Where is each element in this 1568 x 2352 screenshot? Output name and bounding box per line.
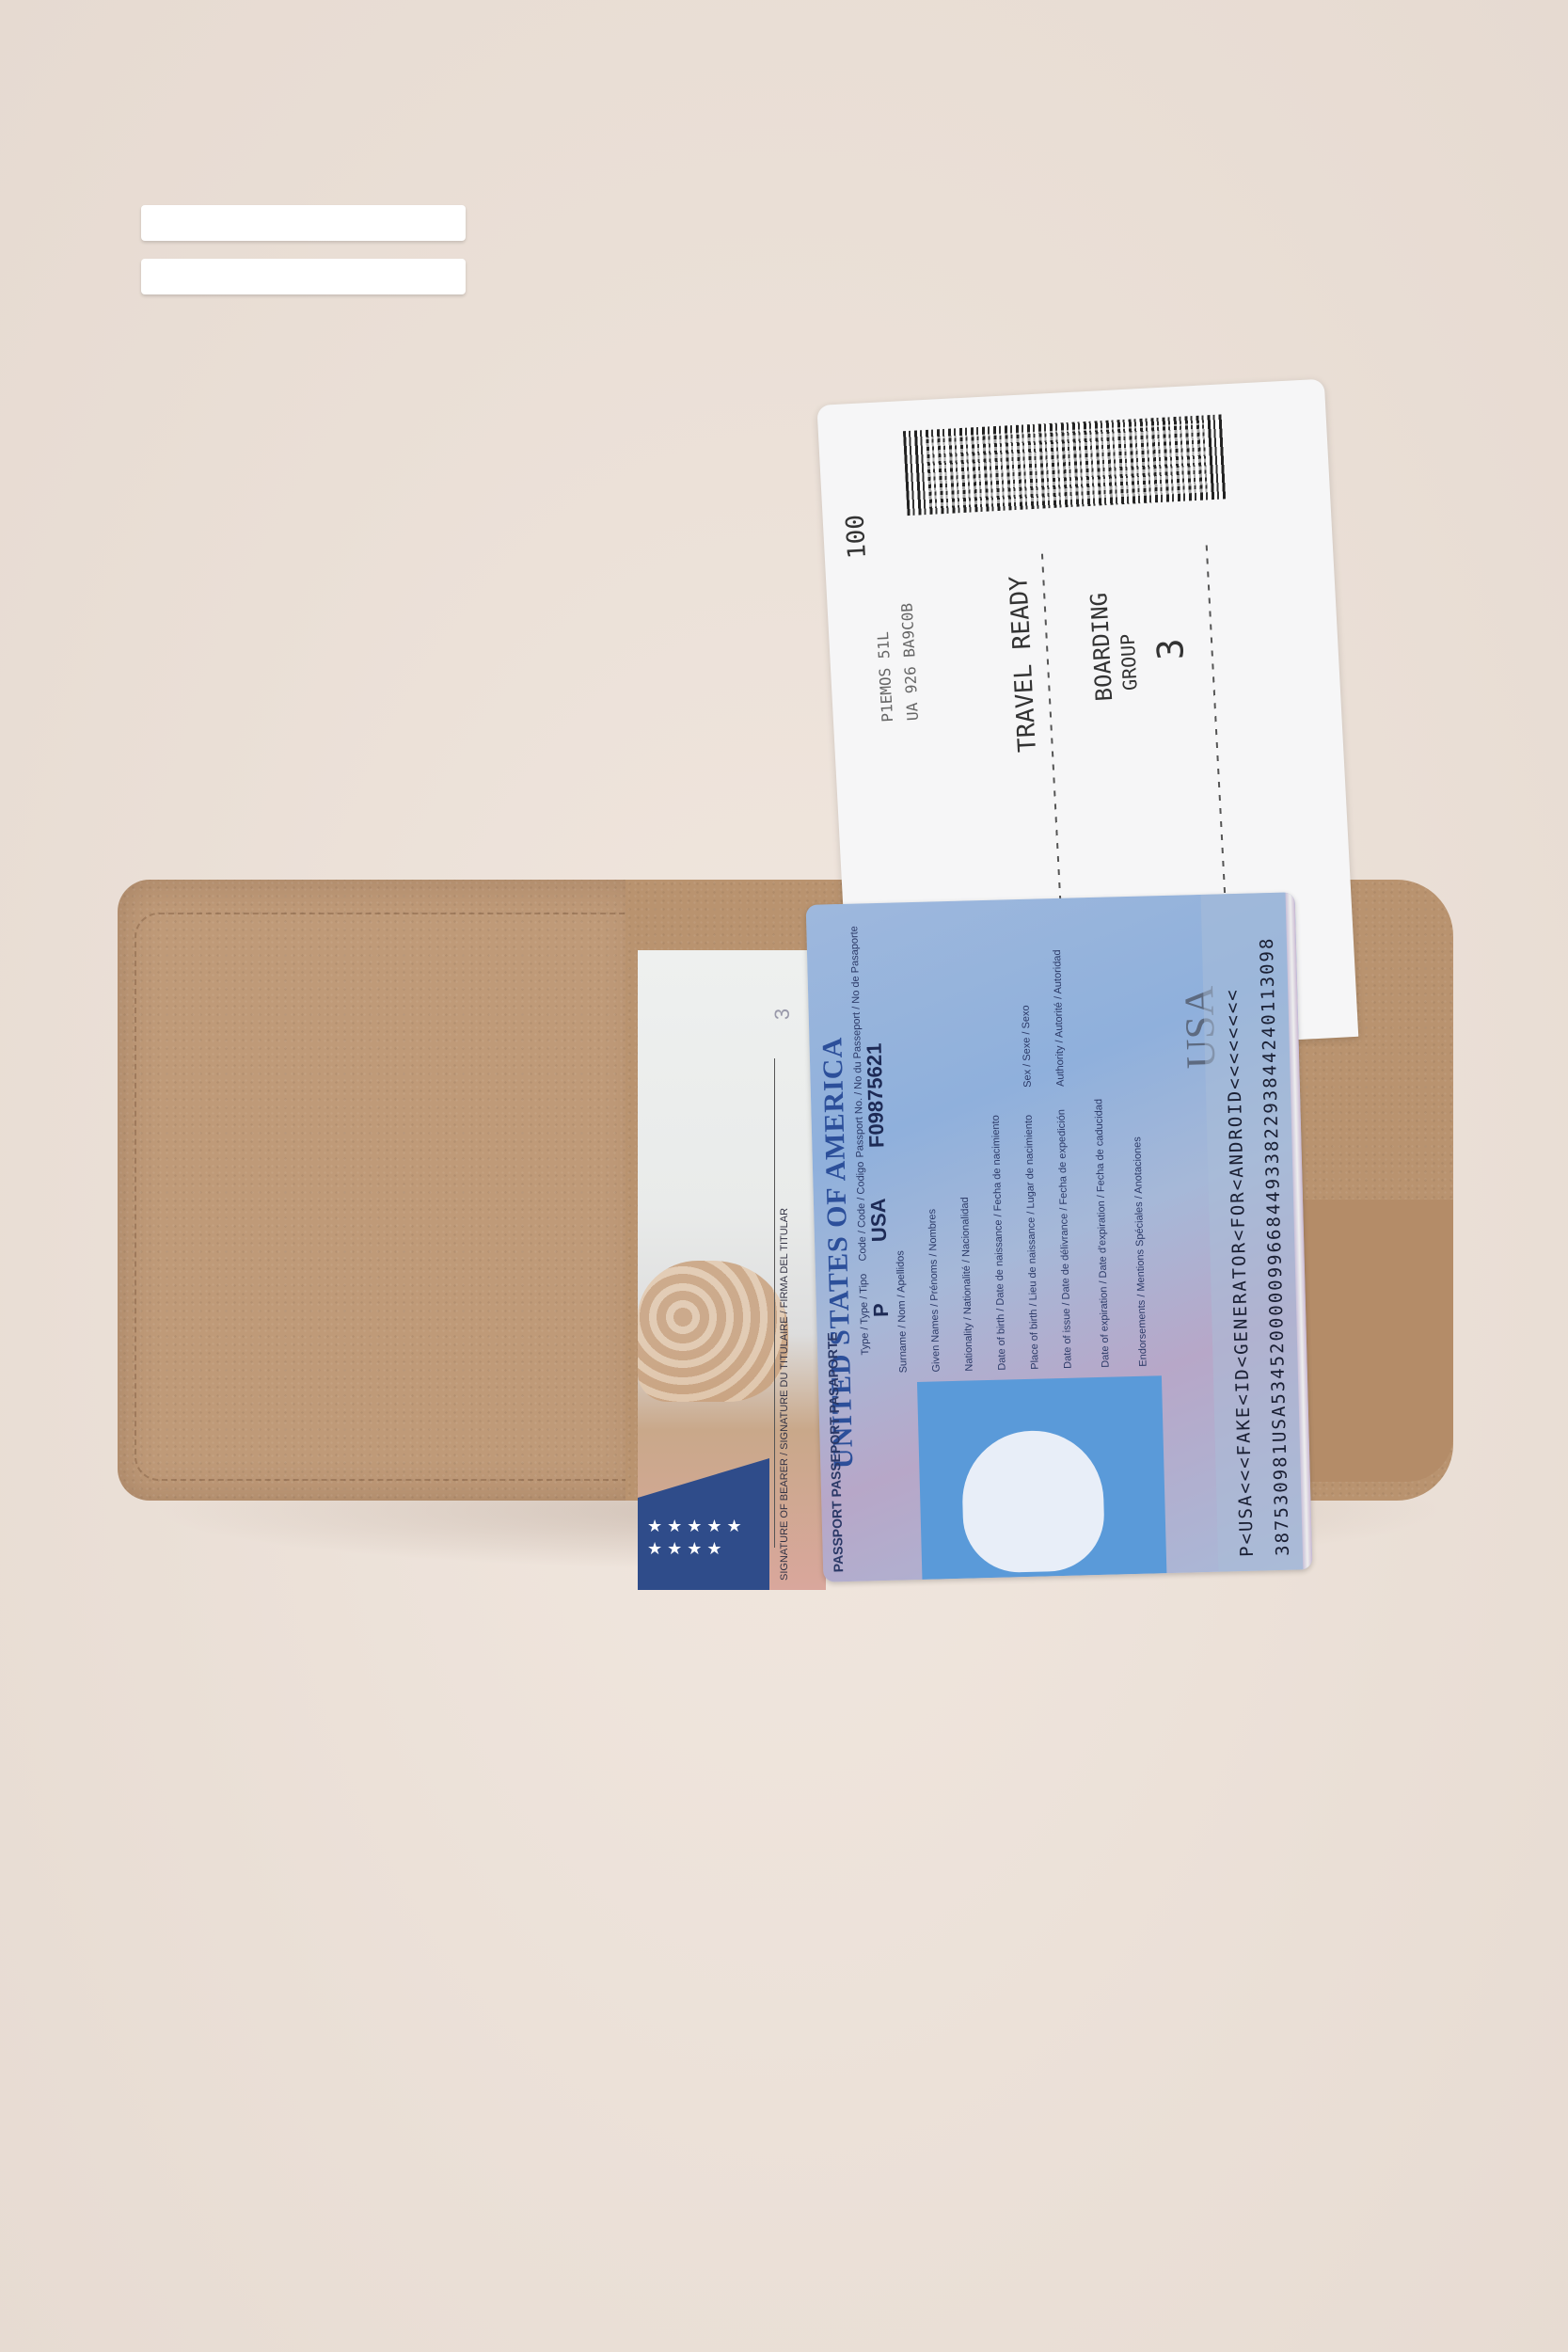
sex-label: Sex / Sexe / Sexo [1021,1005,1034,1088]
field-surname: Surname / Nom / Apellidos [895,1250,909,1374]
barcode [903,414,1227,516]
field-date-of-expiration: Date of expiration / Date d'expiration /… [1093,1099,1111,1368]
passport-data-page: UNITED STATES OF AMERICA PASSPORT PASSEP… [806,892,1313,1581]
bp-code-line-2: UA 926 BA9C0B [898,603,923,722]
stitching [135,913,627,1481]
card-slot-1 [141,205,466,241]
bp-group-number: 3 [1149,638,1192,661]
field-endorsements: Endorsements / Mentions Spéciales / Anot… [1132,1136,1148,1367]
field-place-of-birth: Place of birth / Lieu de naissance / Lug… [1023,1115,1041,1370]
field-date-of-birth: Date of birth / Date de naissance / Fech… [990,1115,1008,1371]
field-given-names: Given Names / Prénoms / Nombres [927,1209,942,1373]
passport-signature-page: 3 SIGNATURE OF BEARER / SIGNATURE DU TIT… [638,950,826,1590]
page-number: 3 [770,1009,795,1020]
passport-number: F09875621 [863,1042,890,1148]
type-value: P [869,1303,894,1317]
flag-illustration [638,1458,769,1590]
card-slot-2 [141,259,466,294]
signature-line [774,1058,775,1548]
code-value: USA [866,1198,892,1242]
bp-code-line-1: P1EMOS 51L [874,631,896,723]
bp-status: TRAVEL READY [1005,575,1042,753]
authority-label: Authority / Autorité / Autoridad [1052,949,1067,1087]
wheat-illustration [638,1261,788,1402]
bp-group-label: GROUP [1117,633,1142,691]
wallet-left-panel [118,880,644,1501]
field-date-of-issue: Date of issue / Date de délivrance / Fec… [1055,1109,1073,1369]
field-nationality: Nationality / Nationalité / Nacionalidad [959,1197,975,1372]
bp-boarding-label: BOARDING [1085,592,1117,702]
photo-silhouette [917,1375,1166,1580]
bp-sequence: 100 [842,514,872,559]
signature-label: SIGNATURE OF BEARER / SIGNATURE DU TITUL… [779,1208,790,1581]
